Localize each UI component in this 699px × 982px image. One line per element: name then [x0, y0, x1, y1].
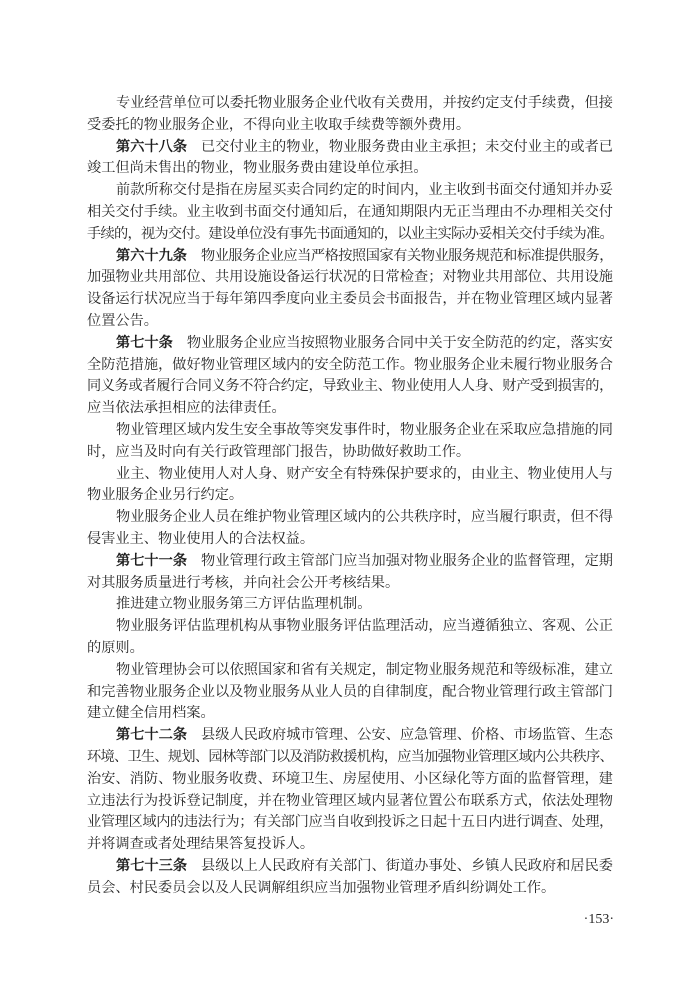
line-text: 物业服务企业人员在维护物业管理区域内的公共秩序时，应当履行职责，但不得: [116, 509, 613, 525]
line-text: 受委托的物业服务企业，不得向业主收取手续费等额外费用。: [87, 117, 470, 133]
text-line: 建立健全信用档案。: [87, 703, 613, 725]
article-number: 第七十条: [116, 335, 173, 351]
text-line: 立违法行为投诉登记制度，并在物业管理区域内显著位置公布联系方式，依法处理物: [87, 791, 613, 813]
line-text: 同义务或者履行合同义务不符合约定，导致业主、物业使用人人身、财产受到损害的，: [87, 378, 613, 394]
text-line: 设备运行状况应当于每年第四季度向业主委员会书面报告，并在物业管理区域内显著: [87, 289, 613, 311]
line-text: 物业服务评估监理机构从事物业服务评估监理活动，应当遵循独立、客观、公正: [116, 618, 613, 634]
line-text: 建立健全信用档案。: [87, 705, 215, 721]
text-line: 手续的，视为交付。建设单位没有事先书面通知的，以业主实际办妥相关交付手续为准。: [87, 224, 613, 246]
text-line: 业主、物业使用人对人身、财产安全有特殊保护要求的，由业主、物业使用人与: [87, 464, 613, 486]
article-line: 第七十条物业服务企业应当按照物业服务合同中关于安全防范的约定，落实安: [87, 333, 613, 355]
line-text: 县级以上人民政府有关部门、街道办事处、乡镇人民政府和居民委: [201, 858, 613, 874]
article-number: 第七十二条: [116, 727, 187, 743]
text-line: 竣工但尚未售出的物业，物业服务费由建设单位承担。: [87, 158, 613, 180]
text-line: 物业服务评估监理机构从事物业服务评估监理活动，应当遵循独立、客观、公正: [87, 616, 613, 638]
line-text: 物业服务企业应当严格按照国家有关物业服务规范和标准提供服务，: [201, 248, 613, 264]
line-text: 物业服务企业另行约定。: [87, 487, 243, 503]
text-line: 物业管理区域内发生安全事故等突发事件时，物业服务企业在采取应急措施的同: [87, 420, 613, 442]
line-text: 设备运行状况应当于每年第四季度向业主委员会书面报告，并在物业管理区域内显著: [87, 291, 613, 307]
page-number: ·153·: [568, 912, 614, 928]
text-line: 物业管理协会可以依照国家和省有关规定，制定物业服务规范和等级标准，建立: [87, 660, 613, 682]
text-line: 前款所称交付是指在房屋买卖合同约定的时间内，业主收到书面交付通知并办妥: [87, 180, 613, 202]
line-text: 手续的，视为交付。建设单位没有事先书面通知的，以业主实际办妥相关交付手续为准。: [87, 226, 613, 242]
line-text: 位置公告。: [87, 313, 158, 329]
line-text: 物业管理协会可以依照国家和省有关规定，制定物业服务规范和等级标准，建立: [116, 662, 613, 678]
article-line: 第七十二条县级人民政府城市管理、公安、应急管理、价格、市场监管、生态: [87, 725, 613, 747]
article-line: 第七十三条县级以上人民政府有关部门、街道办事处、乡镇人民政府和居民委: [87, 856, 613, 878]
text-line: 受委托的物业服务企业，不得向业主收取手续费等额外费用。: [87, 115, 613, 137]
article-line: 第六十八条已交付业主的物业，物业服务费由业主承担；未交付业主的或者已: [87, 137, 613, 159]
text-line: 侵害业主、物业使用人的合法权益。: [87, 529, 613, 551]
text-line: 环境、卫生、规划、园林等部门以及消防救援机构，应当加强物业管理区域内公共秩序、: [87, 747, 613, 769]
line-text: 物业服务企业应当按照物业服务合同中关于安全防范的约定，落实安: [187, 335, 613, 351]
text-line: 物业服务企业人员在维护物业管理区域内的公共秩序时，应当履行职责，但不得: [87, 507, 613, 529]
text-line: 治安、消防、物业服务收费、环境卫生、房屋使用、小区绿化等方面的监督管理，建: [87, 769, 613, 791]
line-text: 已交付业主的物业，物业服务费由业主承担；未交付业主的或者已: [201, 139, 613, 155]
text-line: 专业经营单位可以委托物业服务企业代收有关费用，并按约定支付手续费，但接: [87, 93, 613, 115]
body-text: 专业经营单位可以委托物业服务企业代收有关费用，并按约定支付手续费，但接受委托的物…: [87, 93, 613, 899]
text-line: 业管理区域内的违法行为；有关部门应当自收到投诉之日起十五日内进行调查、处理，: [87, 812, 613, 834]
text-line: 相关交付手续。业主收到书面交付通知后，在通知期限内无正当理由不办理相关交付: [87, 202, 613, 224]
line-text: 并将调查或者处理结果答复投诉人。: [87, 836, 314, 852]
line-text: 相关交付手续。业主收到书面交付通知后，在通知期限内无正当理由不办理相关交付: [87, 204, 613, 220]
line-text: 县级人民政府城市管理、公安、应急管理、价格、市场监管、生态: [201, 727, 613, 743]
text-line: 和完善物业服务企业以及物业服务从业人员的自律制度，配合物业管理行政主管部门: [87, 682, 613, 704]
text-line: 加强物业共用部位、共用设施设备运行状况的日常检查；对物业共用部位、共用设施: [87, 267, 613, 289]
text-line: 并将调查或者处理结果答复投诉人。: [87, 834, 613, 856]
line-text: 应当依法承担相应的法律责任。: [87, 400, 286, 416]
text-line: 时，应当及时向有关行政管理部门报告，协助做好救助工作。: [87, 442, 613, 464]
text-line: 位置公告。: [87, 311, 613, 333]
line-text: 物业管理行政主管部门应当加强对物业服务企业的监督管理，定期: [201, 553, 613, 569]
line-text: 竣工但尚未售出的物业，物业服务费由建设单位承担。: [87, 160, 428, 176]
line-text: 对其服务质量进行考核，并向社会公开考核结果。: [87, 575, 399, 591]
text-line: 对其服务质量进行考核，并向社会公开考核结果。: [87, 573, 613, 595]
text-line: 应当依法承担相应的法律责任。: [87, 398, 613, 420]
article-line: 第七十一条物业管理行政主管部门应当加强对物业服务企业的监督管理，定期: [87, 551, 613, 573]
article-number: 第七十三条: [116, 858, 187, 874]
line-text: 前款所称交付是指在房屋买卖合同约定的时间内，业主收到书面交付通知并办妥: [116, 182, 613, 198]
line-text: 的原则。: [87, 640, 144, 656]
article-number: 第七十一条: [116, 553, 187, 569]
text-line: 员会、村民委员会以及人民调解组织应当加强物业管理矛盾纠纷调处工作。: [87, 878, 613, 900]
line-text: 推进建立物业服务第三方评估监理机制。: [116, 596, 371, 612]
line-text: 时，应当及时向有关行政管理部门报告，协助做好救助工作。: [87, 444, 470, 460]
line-text: 业管理区域内的违法行为；有关部门应当自收到投诉之日起十五日内进行调查、处理，: [87, 814, 613, 830]
line-text: 治安、消防、物业服务收费、环境卫生、房屋使用、小区绿化等方面的监督管理，建: [87, 771, 613, 787]
article-line: 第六十九条物业服务企业应当严格按照国家有关物业服务规范和标准提供服务，: [87, 246, 613, 268]
line-text: 员会、村民委员会以及人民调解组织应当加强物业管理矛盾纠纷调处工作。: [87, 880, 555, 896]
text-line: 的原则。: [87, 638, 613, 660]
line-text: 和完善物业服务企业以及物业服务从业人员的自律制度，配合物业管理行政主管部门: [87, 684, 613, 700]
article-number: 第六十九条: [116, 248, 187, 264]
text-line: 推进建立物业服务第三方评估监理机制。: [87, 594, 613, 616]
document-page: 专业经营单位可以委托物业服务企业代收有关费用，并按约定支付手续费，但接受委托的物…: [0, 0, 699, 982]
line-text: 专业经营单位可以委托物业服务企业代收有关费用，并按约定支付手续费，但接: [116, 95, 613, 111]
line-text: 环境、卫生、规划、园林等部门以及消防救援机构，应当加强物业管理区域内公共秩序、: [87, 749, 613, 765]
line-text: 物业管理区域内发生安全事故等突发事件时，物业服务企业在采取应急措施的同: [116, 422, 613, 438]
line-text: 全防范措施，做好物业管理区域内的安全防范工作。物业服务企业未履行物业服务合: [87, 357, 613, 373]
text-line: 物业服务企业另行约定。: [87, 485, 613, 507]
line-text: 加强物业共用部位、共用设施设备运行状况的日常检查；对物业共用部位、共用设施: [87, 269, 613, 285]
article-number: 第六十八条: [116, 139, 187, 155]
line-text: 侵害业主、物业使用人的合法权益。: [87, 531, 314, 547]
line-text: 业主、物业使用人对人身、财产安全有特殊保护要求的，由业主、物业使用人与: [116, 466, 613, 482]
text-line: 同义务或者履行合同义务不符合约定，导致业主、物业使用人人身、财产受到损害的，: [87, 376, 613, 398]
line-text: 立违法行为投诉登记制度，并在物业管理区域内显著位置公布联系方式，依法处理物: [87, 793, 613, 809]
text-line: 全防范措施，做好物业管理区域内的安全防范工作。物业服务企业未履行物业服务合: [87, 355, 613, 377]
